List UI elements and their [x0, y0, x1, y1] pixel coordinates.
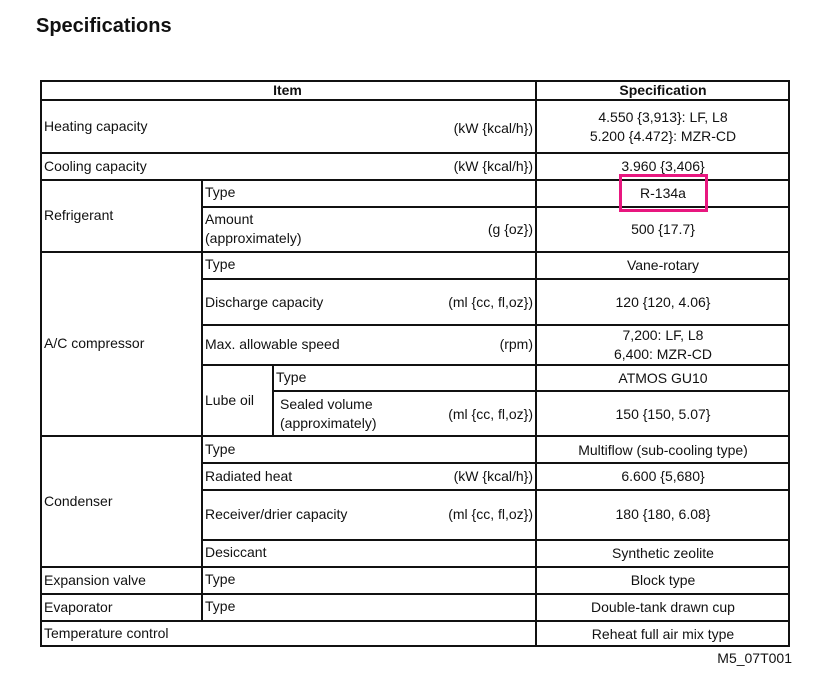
row-divider — [201, 462, 790, 464]
row-divider — [201, 489, 790, 491]
expansion-valve-type-label: Type — [205, 570, 235, 588]
discharge-capacity-label: Discharge capacity — [205, 293, 323, 311]
compressor-type-label: Type — [205, 255, 235, 273]
refrigerant-amount-label-2: (approximately) — [205, 229, 301, 247]
table-border-bottom — [40, 645, 790, 647]
lube-subcolumn-divider — [272, 364, 274, 435]
expansion-valve-label: Expansion valve — [44, 571, 146, 589]
discharge-capacity-unit: (ml {cc, fl,oz}) — [448, 293, 533, 311]
radiated-heat-label: Radiated heat — [205, 467, 292, 485]
header-specification: Specification — [536, 81, 790, 99]
desiccant-spec: Synthetic zeolite — [536, 544, 790, 562]
lube-oil-label: Lube oil — [205, 391, 254, 409]
evaporator-type-label: Type — [205, 597, 235, 615]
row-divider — [201, 539, 790, 541]
row-divider — [40, 152, 790, 154]
row-divider — [40, 566, 790, 568]
max-speed-unit: (rpm) — [500, 335, 533, 353]
row-divider — [40, 435, 790, 437]
header-item: Item — [40, 81, 535, 99]
refrigerant-label: Refrigerant — [44, 206, 113, 224]
heating-capacity-unit: (kW {kcal/h}) — [454, 119, 533, 137]
refrigerant-highlight-box — [619, 174, 708, 212]
sealed-volume-spec: 150 {150, 5.07} — [536, 405, 790, 423]
sealed-volume-label-2: (approximately) — [280, 414, 376, 432]
receiver-drier-spec: 180 {180, 6.08} — [536, 505, 790, 523]
receiver-drier-label: Receiver/drier capacity — [205, 505, 347, 523]
refrigerant-amount-label-1: Amount — [205, 210, 253, 228]
sealed-volume-label-1: Sealed volume — [280, 395, 373, 413]
condenser-label: Condenser — [44, 492, 113, 510]
row-divider — [40, 99, 790, 101]
condenser-type-label: Type — [205, 440, 235, 458]
max-speed-label: Max. allowable speed — [205, 335, 340, 353]
sealed-volume-unit: (ml {cc, fl,oz}) — [448, 405, 533, 423]
refrigerant-amount-spec: 500 {17.7} — [536, 220, 790, 238]
expansion-valve-spec: Block type — [536, 571, 790, 589]
max-speed-spec-1: 7,200: LF, L8 — [536, 326, 790, 344]
condenser-type-spec: Multiflow (sub-cooling type) — [536, 441, 790, 459]
heating-capacity-label: Heating capacity — [44, 117, 148, 135]
row-divider — [40, 251, 790, 253]
cooling-capacity-unit: (kW {kcal/h}) — [454, 157, 533, 175]
refrigerant-type-label: Type — [205, 183, 235, 201]
subcolumn-divider — [201, 179, 203, 620]
temperature-control-spec: Reheat full air mix type — [536, 625, 790, 643]
max-speed-spec-2: 6,400: MZR-CD — [536, 345, 790, 363]
cooling-capacity-spec: 3.960 {3,406} — [536, 157, 790, 175]
row-divider — [272, 390, 790, 392]
radiated-heat-spec: 6.600 {5,680} — [536, 467, 790, 485]
row-divider — [201, 364, 790, 366]
cooling-capacity-label: Cooling capacity — [44, 157, 147, 175]
specifications-table: Item Specification Heating capacity (kW … — [40, 80, 790, 647]
row-divider — [40, 620, 790, 622]
row-divider — [201, 278, 790, 280]
desiccant-label: Desiccant — [205, 543, 266, 561]
radiated-heat-unit: (kW {kcal/h}) — [454, 467, 533, 485]
compressor-type-spec: Vane-rotary — [536, 256, 790, 274]
refrigerant-amount-unit: (g {oz}) — [488, 220, 533, 238]
compressor-label: A/C compressor — [44, 334, 144, 352]
row-divider — [40, 593, 790, 595]
page-title: Specifications — [36, 15, 172, 38]
table-border-left — [40, 80, 42, 647]
heating-capacity-spec-1: 4.550 {3,913}: LF, L8 — [536, 108, 790, 126]
lube-oil-type-spec: ATMOS GU10 — [536, 369, 790, 387]
discharge-capacity-spec: 120 {120, 4.06} — [536, 293, 790, 311]
evaporator-label: Evaporator — [44, 598, 112, 616]
heating-capacity-spec-2: 5.200 {4.472}: MZR-CD — [536, 127, 790, 145]
evaporator-spec: Double-tank drawn cup — [536, 598, 790, 616]
lube-oil-type-label: Type — [276, 368, 306, 386]
temperature-control-label: Temperature control — [44, 624, 169, 642]
figure-code: M5_07T001 — [717, 650, 792, 666]
receiver-drier-unit: (ml {cc, fl,oz}) — [448, 505, 533, 523]
